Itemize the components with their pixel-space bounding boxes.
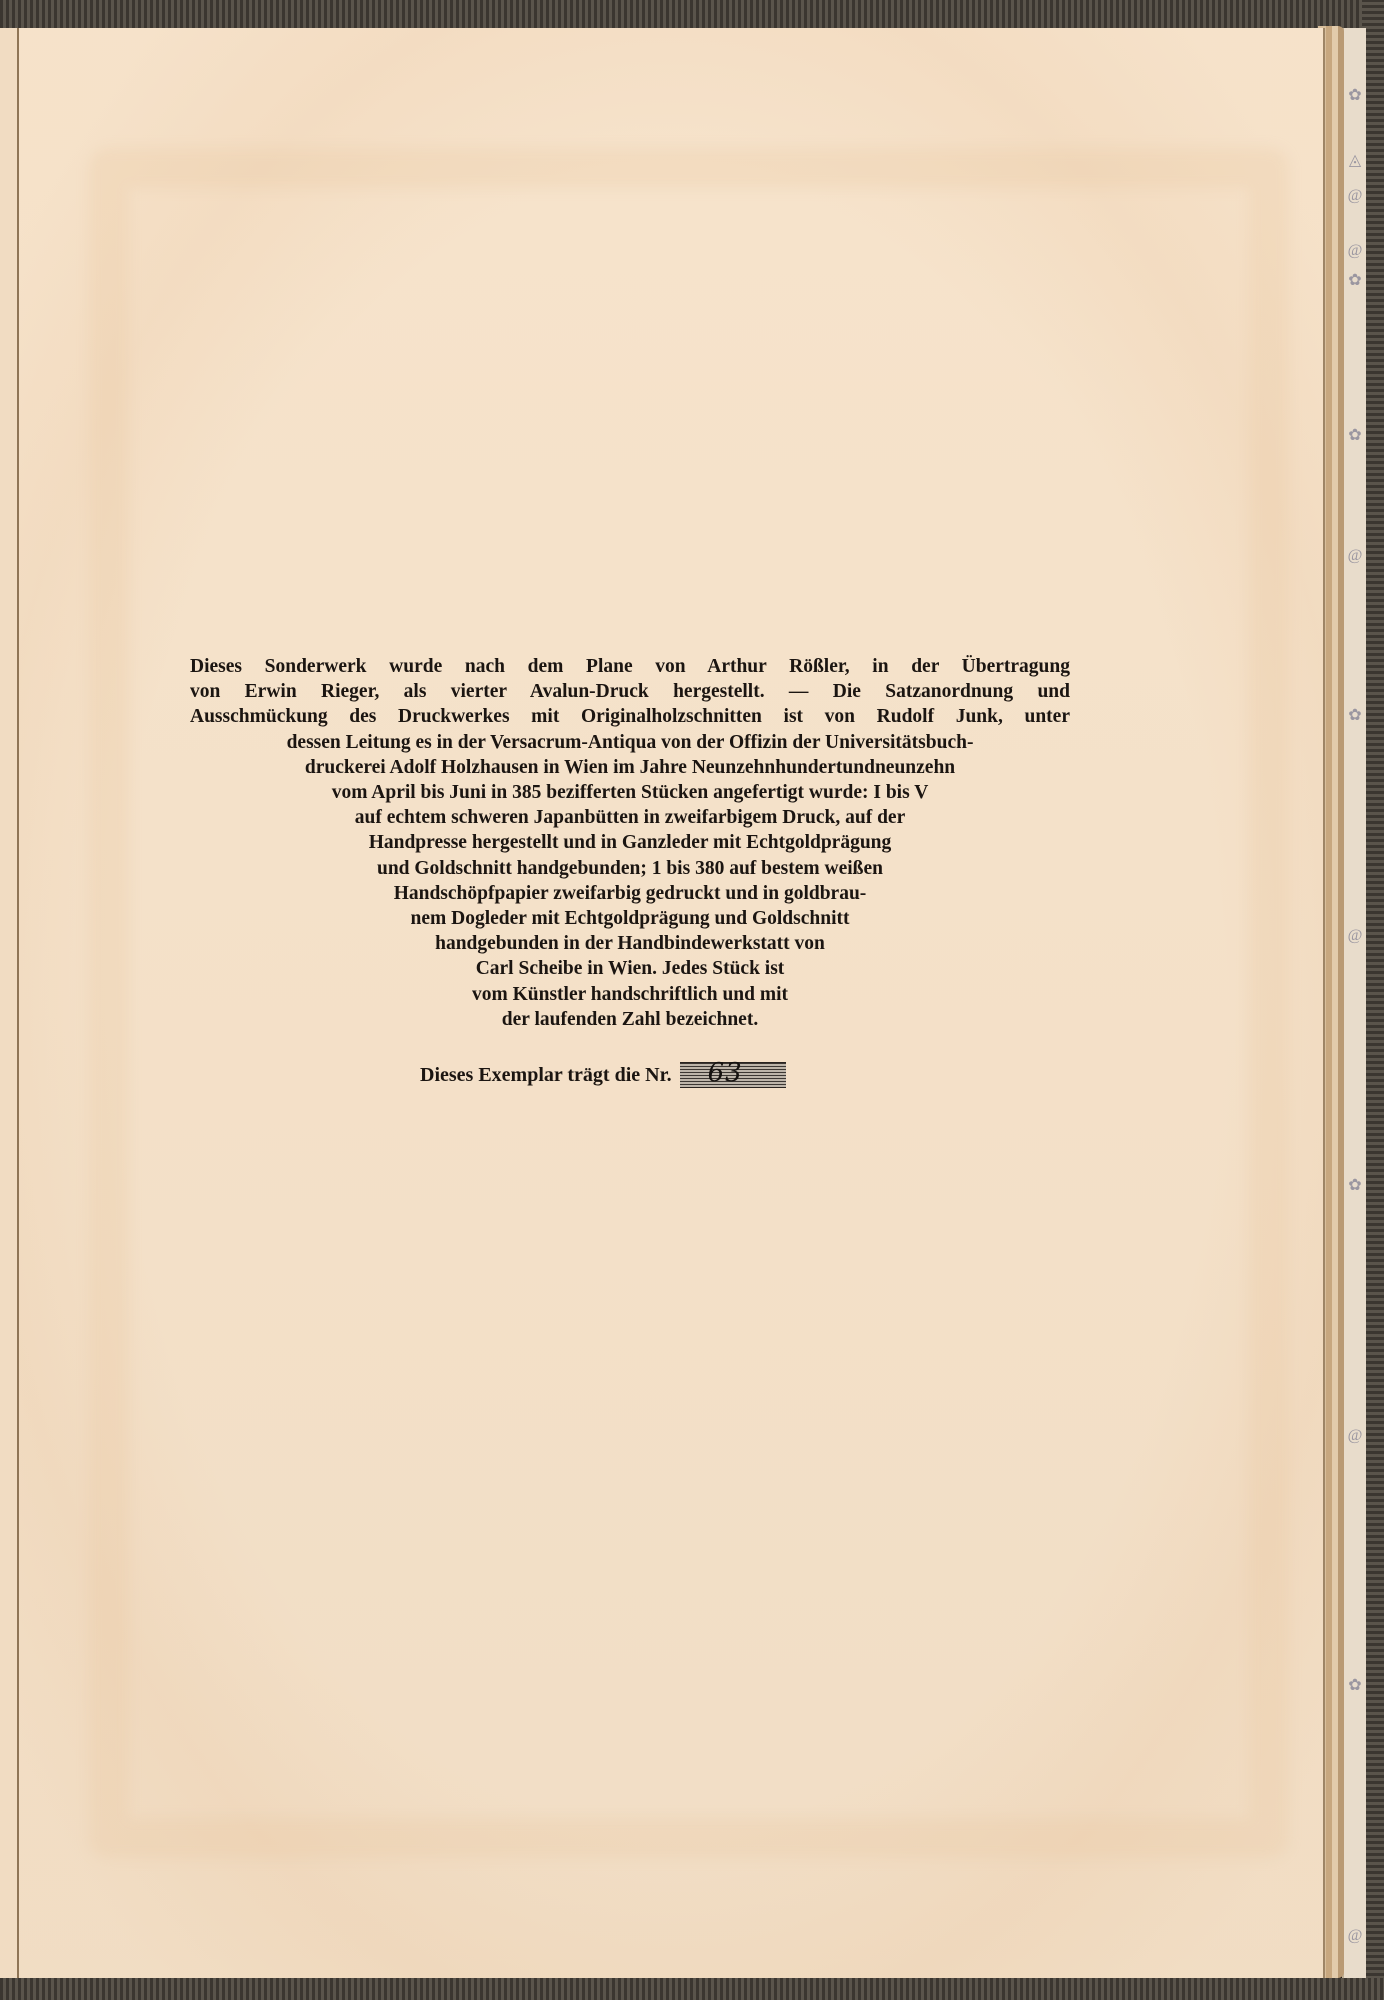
- ornament-icon: ◬: [1346, 153, 1364, 169]
- ornament-icon: ✿: [1346, 88, 1364, 104]
- exemplar-number-field: 63: [680, 1062, 786, 1088]
- colophon-line: vom Künstler handschriftlich und mit: [190, 982, 1070, 1007]
- ornament-icon: @: [1346, 928, 1364, 944]
- ornament-icon: ✿: [1346, 708, 1364, 724]
- ornament-icon: @: [1346, 188, 1364, 204]
- colophon-line: auf echtem schweren Japanbütten in zweif…: [190, 805, 1070, 830]
- exemplar-label: Dieses Exemplar trägt die Nr.: [420, 1062, 672, 1088]
- colophon-line: der laufenden Zahl bezeichnet.: [190, 1007, 1070, 1032]
- colophon-line: nem Dogleder mit Echtgoldprägung und Gol…: [190, 906, 1070, 931]
- colophon-line: und Goldschnitt handgebunden; 1 bis 380 …: [190, 856, 1070, 881]
- book-cloth-bottom-edge: [0, 1978, 1384, 2000]
- facing-page-edge: [0, 28, 19, 1980]
- colophon-line: Carl Scheibe in Wien. Jedes Stück ist: [190, 956, 1070, 981]
- handwritten-number: 63: [708, 1060, 743, 1086]
- colophon-line: Handschöpfpapier zweifarbig gedruckt und…: [190, 881, 1070, 906]
- ornament-icon: @: [1346, 1928, 1364, 1944]
- ornament-icon: @: [1346, 548, 1364, 564]
- colophon-line: Dieses Sonderwerk wurde nach dem Plane v…: [190, 654, 1070, 679]
- colophon-line: vom April bis Juni in 385 bezifferten St…: [190, 780, 1070, 805]
- ornament-icon: ✿: [1346, 428, 1364, 444]
- ornament-icon: @: [1346, 1428, 1364, 1444]
- exemplar-number-line: Dieses Exemplar trägt die Nr. 63: [420, 1062, 1020, 1088]
- colophon-text: Dieses Sonderwerk wurde nach dem Plane v…: [190, 654, 1070, 1032]
- colophon-line: handgebunden in der Handbindewerkstatt v…: [190, 931, 1070, 956]
- colophon-line: Ausschmückung des Druckwerkes mit Origin…: [190, 704, 1070, 729]
- ornament-icon: @: [1346, 243, 1364, 259]
- colophon-line: dessen Leitung es in der Versacrum-Antiq…: [190, 730, 1070, 755]
- colophon-line: von Erwin Rieger, als vierter Avalun-Dru…: [190, 679, 1070, 704]
- ornament-icon: ✿: [1346, 1178, 1364, 1194]
- decorative-endpaper: ✿ ◬ @ @ ✿ ✿ @ ✿ @ ✿ @ ✿ @: [1342, 28, 1366, 1978]
- colophon-line: druckerei Adolf Holzhausen in Wien im Ja…: [190, 755, 1070, 780]
- ornament-icon: ✿: [1346, 1678, 1364, 1694]
- colophon-line: Handpresse hergestellt und in Ganzleder …: [190, 830, 1070, 855]
- ornament-icon: ✿: [1346, 273, 1364, 289]
- book-cloth-top-edge: [0, 0, 1384, 30]
